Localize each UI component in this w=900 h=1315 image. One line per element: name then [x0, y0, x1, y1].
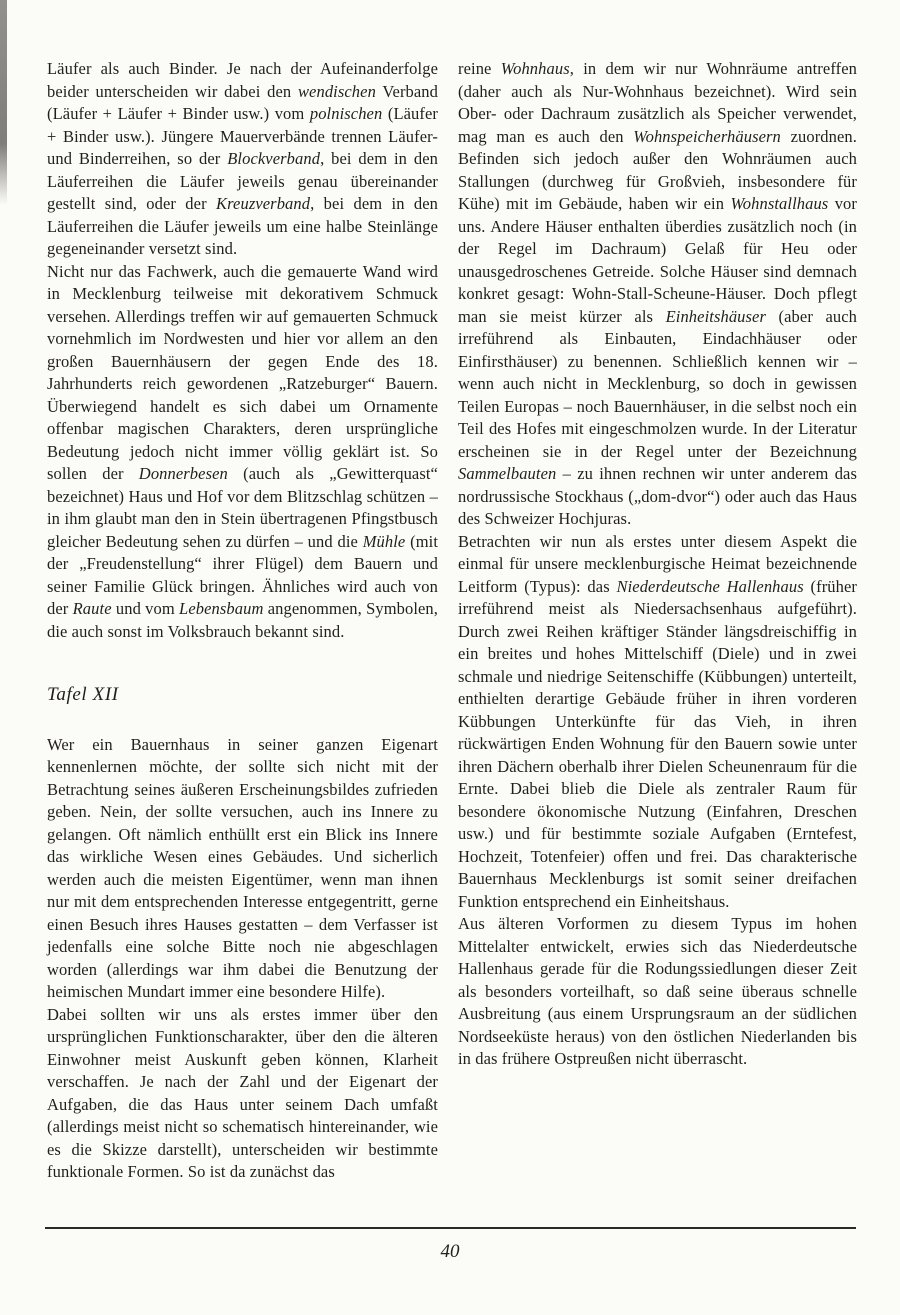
footer-divider: [45, 1227, 856, 1229]
text-column-right: reine Wohnhaus, in dem wir nur Wohnräume…: [458, 58, 857, 1071]
page-number: 40: [0, 1241, 900, 1263]
paragraph: Läufer als auch Binder. Je nach der Aufe…: [47, 58, 438, 261]
paragraph: Aus älteren Vorformen zu diesem Typus im…: [458, 913, 857, 1071]
scan-edge-artifact: [0, 0, 7, 205]
paragraph: Dabei sollten wir uns als erstes immer ü…: [47, 1004, 438, 1184]
section-heading: Tafel XII: [47, 684, 438, 707]
paragraph: reine Wohnhaus, in dem wir nur Wohnräume…: [458, 58, 857, 531]
paragraph: Wer ein Bauernhaus in seiner ganzen Eige…: [47, 734, 438, 1004]
text-column-left: Läufer als auch Binder. Je nach der Aufe…: [47, 58, 438, 1184]
paragraph: Betrachten wir nun als erstes unter dies…: [458, 531, 857, 914]
paragraph: Nicht nur das Fachwerk, auch die gemauer…: [47, 261, 438, 644]
book-page: Läufer als auch Binder. Je nach der Aufe…: [0, 0, 900, 1315]
